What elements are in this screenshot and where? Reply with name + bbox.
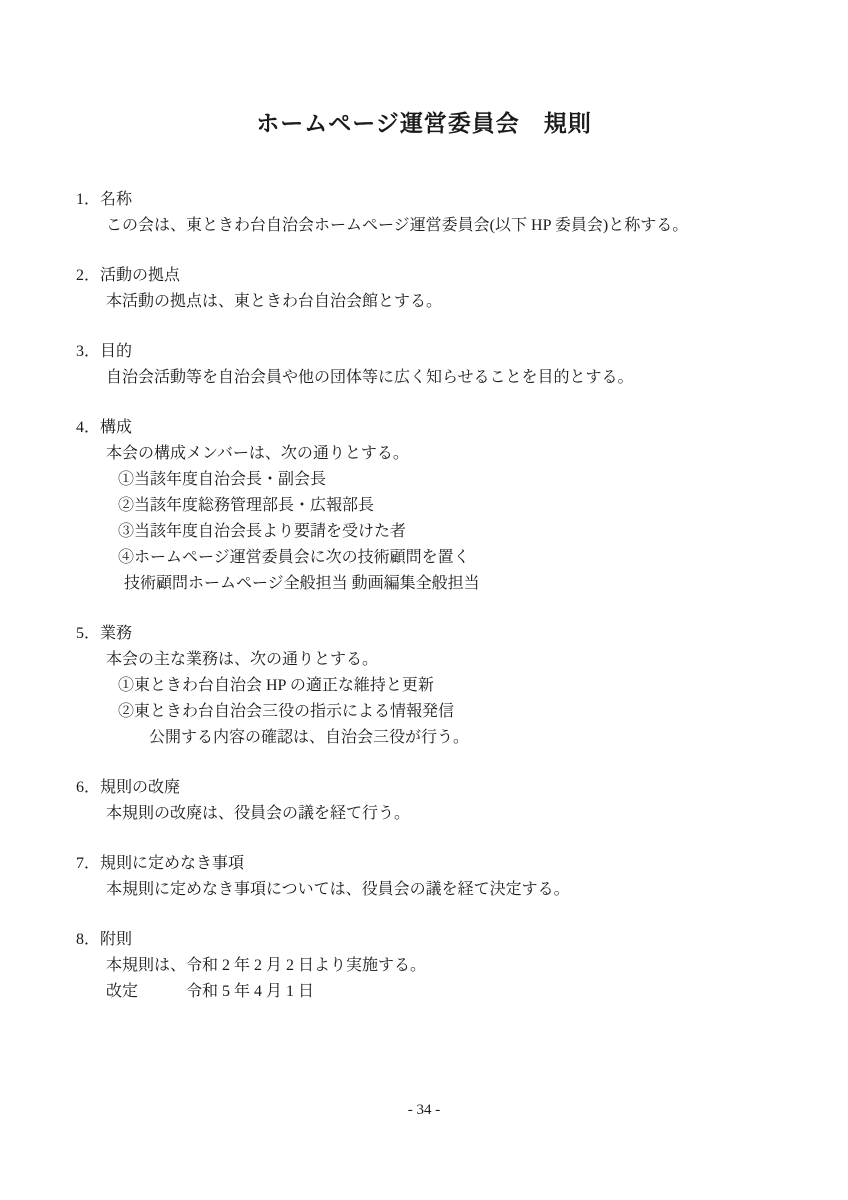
section-text-line: 本活動の拠点は、東ときわ台自治会館とする。	[106, 289, 772, 315]
page-number: - 34 -	[76, 1099, 772, 1121]
list-item: ②東ときわ台自治会三役の指示による情報発信	[118, 699, 772, 725]
list-item: ④ホームページ運営委員会に次の技術顧問を置く	[118, 545, 772, 571]
document-page: ホームページ運営委員会 規則 1．名称 この会は、東ときわ台自治会ホームページ運…	[0, 0, 848, 1200]
section-text-line: 本規則の改廃は、役員会の議を経て行う。	[106, 801, 772, 827]
section-text-line: 自治会活動等を自治会員や他の団体等に広く知らせることを目的とする。	[106, 365, 772, 391]
section-activity-base: 2．活動の拠点 本活動の拠点は、東ときわ台自治会館とする。	[76, 263, 772, 315]
page-title: ホームページ運営委員会 規則	[76, 106, 772, 142]
section-text-line: 本規則に定めなき事項については、役員会の議を経て決定する。	[106, 877, 772, 903]
section-composition: 4．構成 本会の構成メンバーは、次の通りとする。 ①当該年度自治会長・副会長 ②…	[76, 415, 772, 597]
section-unstipulated-matters: 7．規則に定めなき事項 本規則に定めなき事項については、役員会の議を経て決定する…	[76, 851, 772, 903]
section-text-line: 本会の構成メンバーは、次の通りとする。	[106, 441, 772, 467]
list-item: ①東ときわ台自治会 HP の適正な維持と更新	[118, 673, 772, 699]
section-heading: 8．附則	[76, 927, 772, 953]
section-text-line: 技術顧問ホームページ全般担当 動画編集全般担当	[124, 571, 772, 597]
section-heading: 7．規則に定めなき事項	[76, 851, 772, 877]
section-text-line: 公開する内容の確認は、自治会三役が行う。	[149, 725, 772, 751]
section-heading: 1．名称	[76, 187, 772, 213]
section-supplementary-provisions: 8．附則 本規則は、令和 2 年 2 月 2 日より実施する。 改定 令和 5 …	[76, 927, 772, 1005]
section-text-line: 本規則は、令和 2 年 2 月 2 日より実施する。	[106, 953, 772, 979]
section-purpose: 3．目的 自治会活動等を自治会員や他の団体等に広く知らせることを目的とする。	[76, 339, 772, 391]
section-heading: 5．業務	[76, 621, 772, 647]
list-item: ③当該年度自治会長より要請を受けた者	[118, 519, 772, 545]
list-item: ①当該年度自治会長・副会長	[118, 467, 772, 493]
section-text-line: 改定 令和 5 年 4 月 1 日	[106, 979, 772, 1005]
section-name: 1．名称 この会は、東ときわ台自治会ホームページ運営委員会(以下 HP 委員会)…	[76, 187, 772, 239]
section-heading: 2．活動の拠点	[76, 263, 772, 289]
section-rule-amendment: 6．規則の改廃 本規則の改廃は、役員会の議を経て行う。	[76, 775, 772, 827]
section-duties: 5．業務 本会の主な業務は、次の通りとする。 ①東ときわ台自治会 HP の適正な…	[76, 621, 772, 751]
section-heading: 6．規則の改廃	[76, 775, 772, 801]
section-heading: 4．構成	[76, 415, 772, 441]
list-item: ②当該年度総務管理部長・広報部長	[118, 493, 772, 519]
section-text-line: 本会の主な業務は、次の通りとする。	[106, 647, 772, 673]
section-heading: 3．目的	[76, 339, 772, 365]
document-body: 1．名称 この会は、東ときわ台自治会ホームページ運営委員会(以下 HP 委員会)…	[76, 187, 772, 1005]
section-text-line: この会は、東ときわ台自治会ホームページ運営委員会(以下 HP 委員会)と称する。	[106, 213, 772, 239]
